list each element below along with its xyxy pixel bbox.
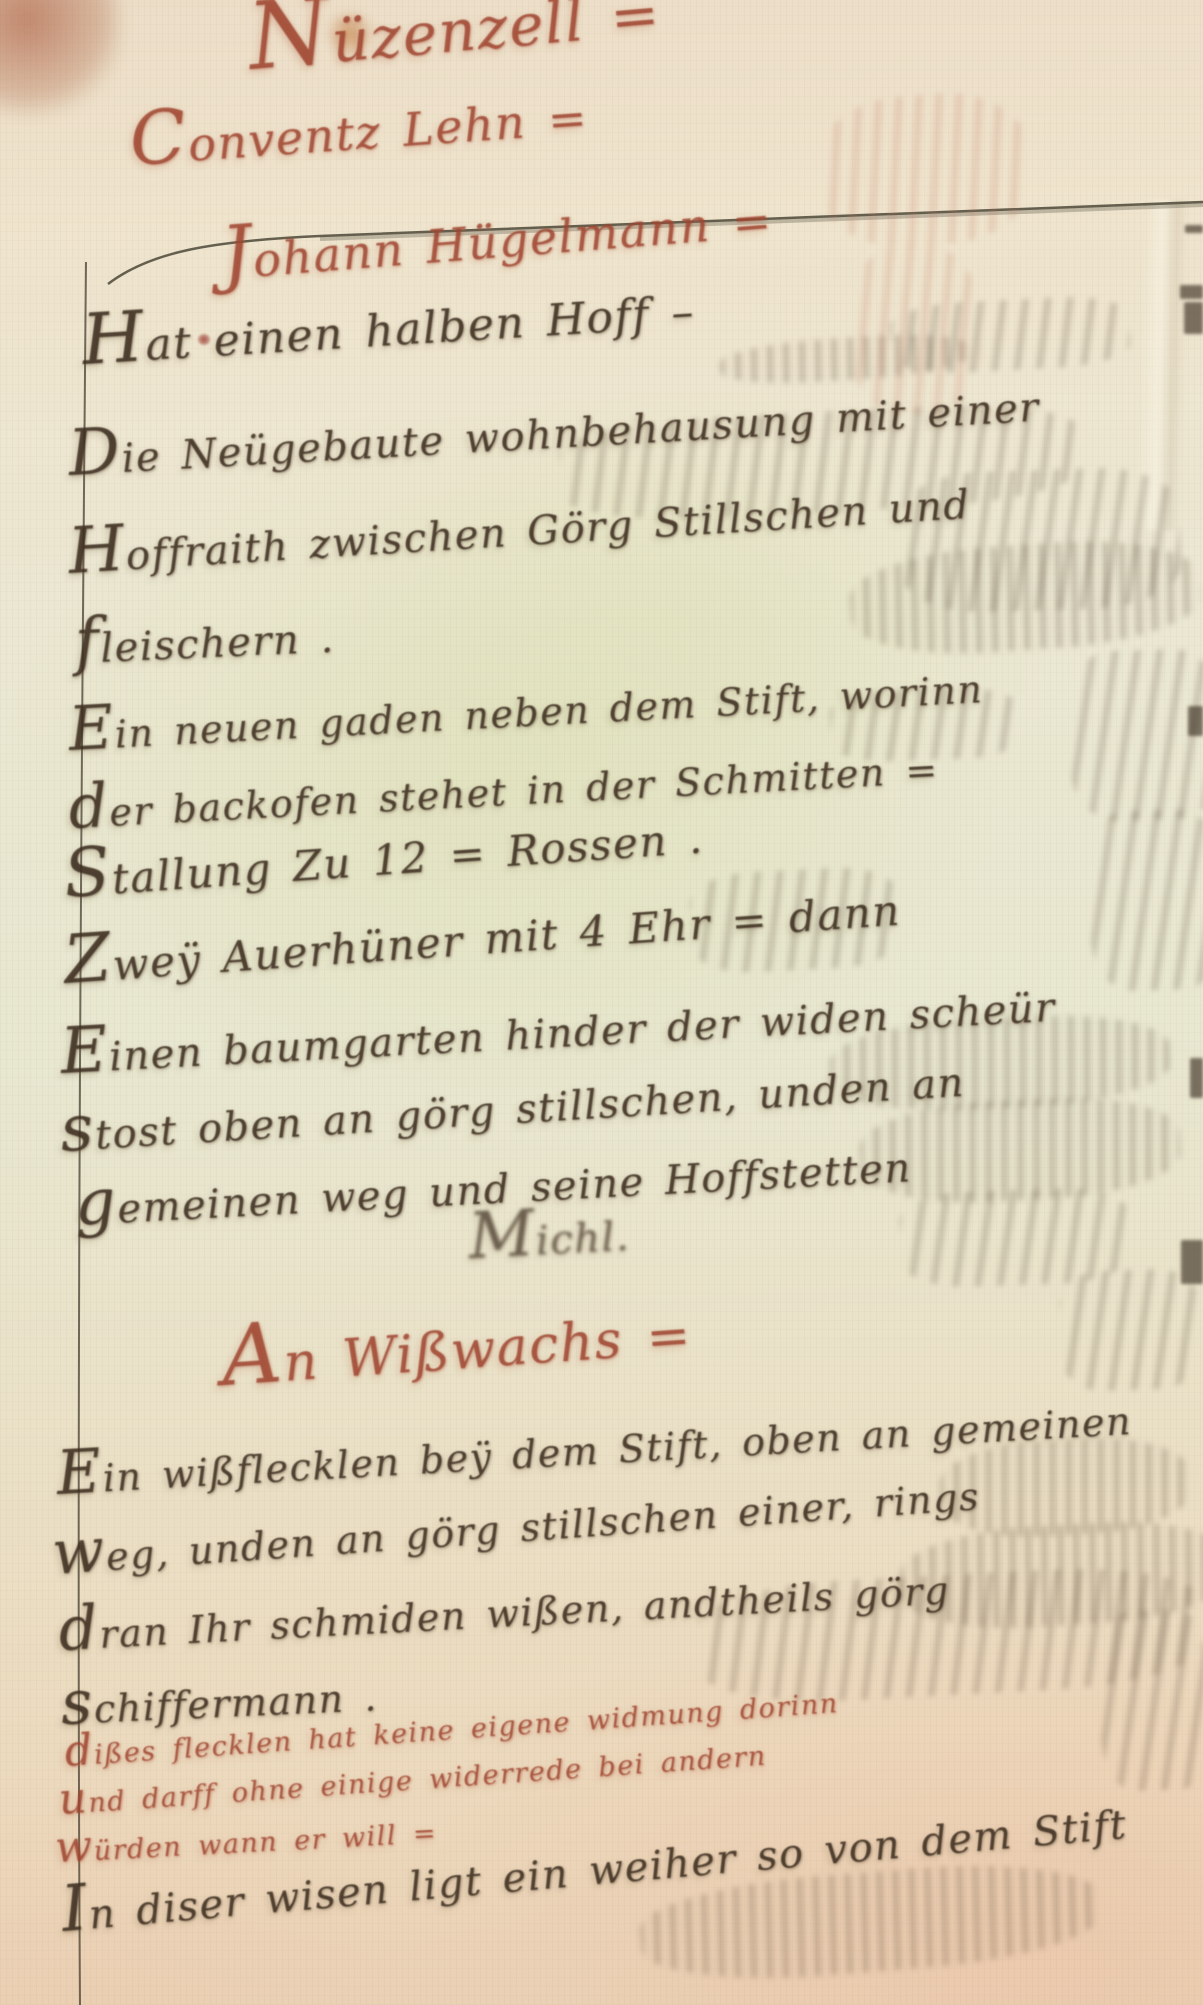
manuscript-line: Hoffraith zwischen Görg Stillschen und xyxy=(68,485,972,580)
manuscript-line: schiffermann . xyxy=(60,1678,378,1730)
red-note-line: würden wann er will = xyxy=(55,1820,438,1867)
entry-heading: Johann Hügelmann = xyxy=(220,197,774,286)
ink-bleedthrough xyxy=(888,294,1131,376)
paper-stain-top-left xyxy=(0,0,120,125)
manuscript-line: Hat einen halben Hoff – xyxy=(81,291,696,372)
ink-bleedthrough xyxy=(847,533,1203,662)
page-title-line1: Nüzenzell = xyxy=(247,0,663,78)
edge-ink-mark xyxy=(1188,706,1203,736)
ink-bleedthrough xyxy=(719,329,971,388)
manuscript-page: Nüzenzell = Conventz Lehn = Johann Hügel… xyxy=(0,0,1203,2005)
manuscript-line: fleischern . xyxy=(74,619,335,670)
manuscript-line: stost oben an görg stillschen, unden an xyxy=(60,1063,966,1158)
manuscript-line: Die Neügebaute wohnbehausung mit einer xyxy=(68,388,1041,482)
manuscript-line: der backofen stehet in der Schmitten = xyxy=(68,750,939,834)
manuscript-line: In diser wisen ligt ein weiher so von de… xyxy=(61,1805,1129,1938)
ink-bleedthrough xyxy=(898,1186,1131,1289)
manuscript-line: Zweÿ Auerhüner mit 4 Ehr = dann xyxy=(63,890,902,990)
edge-ink-mark xyxy=(1185,225,1203,233)
section-heading-wiswachs: An Wißwachs = xyxy=(220,1309,693,1394)
manuscript-line: dran Ihr schmiden wißen, andtheils görg xyxy=(58,1571,951,1656)
manuscript-line-smudged: Michl. xyxy=(468,1217,631,1265)
red-ink-bleedthrough xyxy=(815,88,1035,252)
page-title-line2: Conventz Lehn = xyxy=(129,94,590,172)
ink-bleedthrough xyxy=(1058,1268,1202,1393)
edge-ink-mark xyxy=(1184,302,1203,334)
manuscript-line: Ein neuen gaden neben dem Stift, worinn xyxy=(68,670,984,756)
edge-ink-mark xyxy=(1180,285,1203,299)
ink-bleedthrough xyxy=(1087,808,1203,992)
ink-bleedthrough xyxy=(1097,1608,1203,1792)
edge-ink-mark xyxy=(1181,1240,1203,1284)
edge-ink-mark xyxy=(1190,1058,1203,1098)
page-crease xyxy=(1136,199,1189,530)
ink-bleedthrough xyxy=(1067,647,1203,822)
